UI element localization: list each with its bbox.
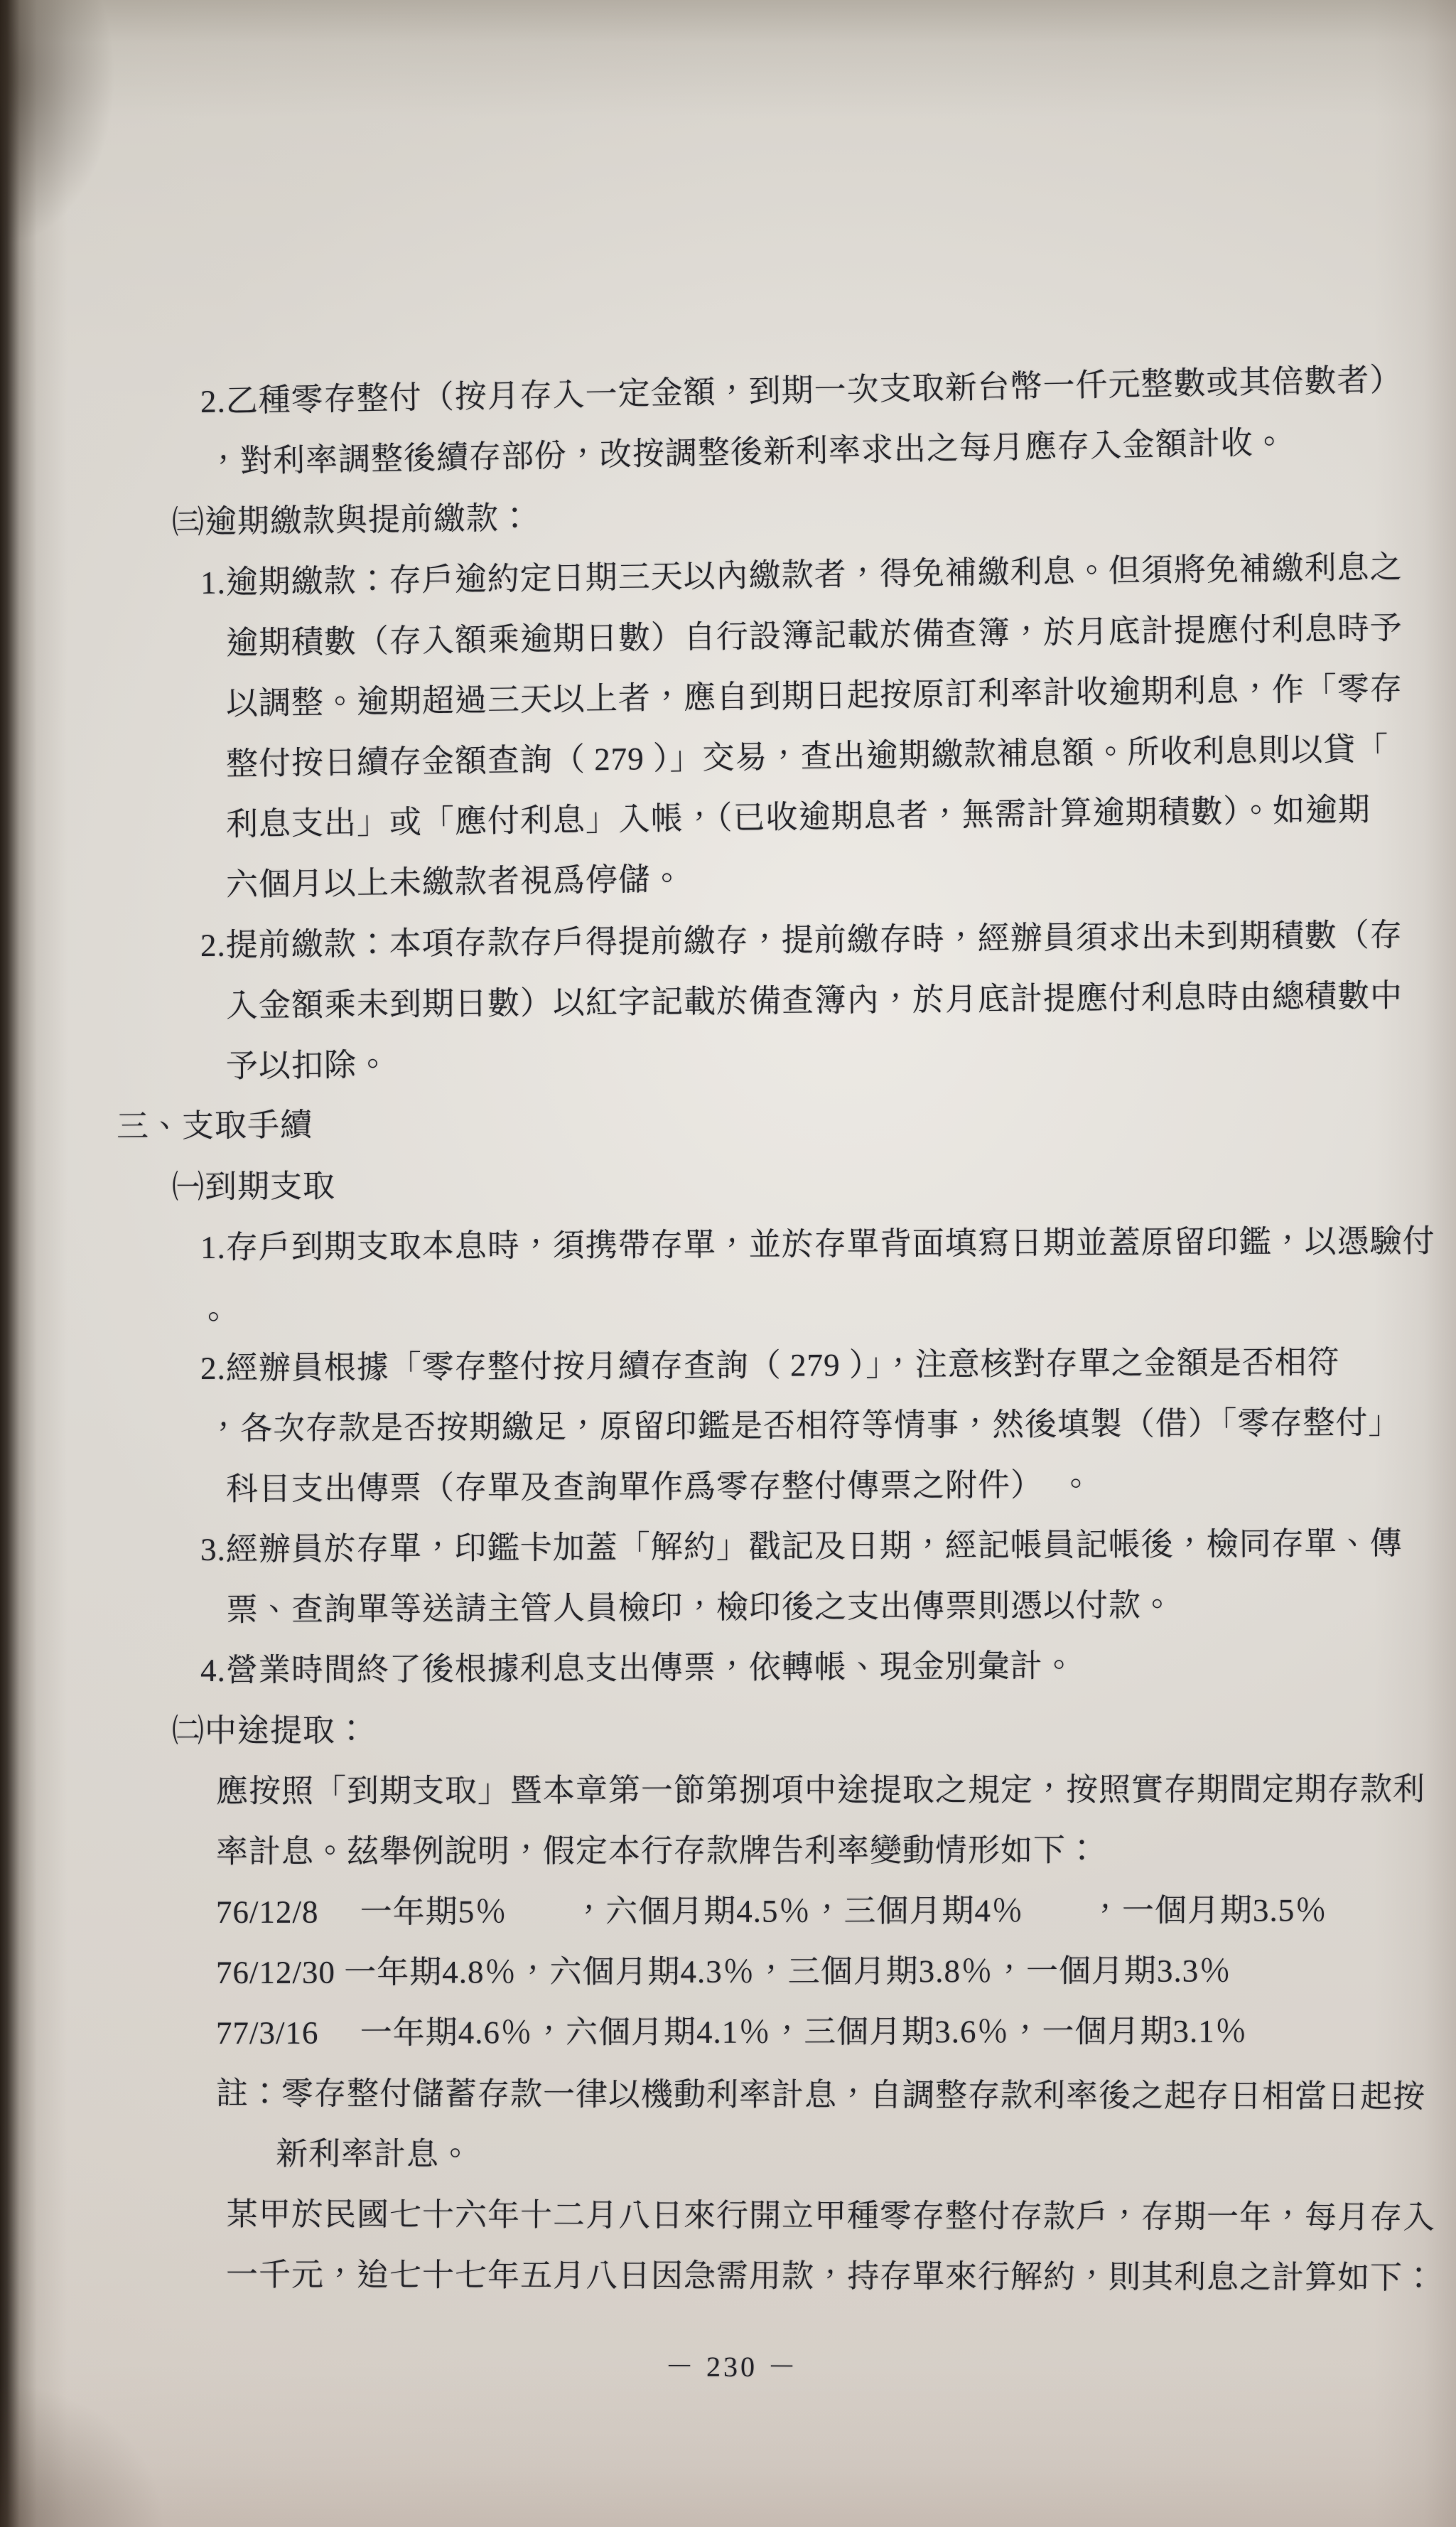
text-line: 某甲於民國七十六年十二月八日來行開立甲種零存整付存款戶，存期一年，每月存入	[226, 2184, 1456, 2248]
text-line: ，各次存款是否按期繳足，原留印鑑是否相符等情事，然後填製（借）「零存整付」	[207, 1393, 1456, 1459]
text-line: 。	[207, 1272, 1456, 1338]
text-line: 2.提前繳款：本項存款存戶得提前繳存，提前繳存時，經辦員須求出未到期積數（存	[200, 905, 1456, 976]
text-line: 1.存戶到期支取本息時，須携帶存單，並於存單背面填寫日期並蓋原留印鑑，以憑驗付	[200, 1211, 1456, 1278]
rate-line: 77/3/16 一年期4.6％，六個月期4.1％，三個月期3.6％，一個月期3.…	[216, 2001, 1456, 2064]
section-heading: 三、支取手續	[117, 1085, 1456, 1157]
text-line: 入金額乘未到期日數）以紅字記載於備查簿內，於月底計提應付利息時由總積數中	[226, 965, 1456, 1036]
text-line: 4.營業時間終了後根據利息支出傳票，依轉帳、現金別彙計。	[200, 1634, 1456, 1701]
text-line: 科目支出傳票（存單及查詢單作爲零存整付傳票之附件） 。	[226, 1453, 1456, 1520]
text-line: 票、查詢單等送請主管人員檢印，檢印後之支出傳票則憑以付款。	[226, 1574, 1456, 1641]
page-body: 2.乙種零存整付（按月存入一定金額，到期一次支取新台幣一仟元整數或其倍數者） ，…	[0, 0, 1456, 2305]
rate-line: 76/12/8 一年期5％ ，六個月期4.5％，三個月期4％ ，一個月期3.5％	[216, 1880, 1456, 1943]
text-line: 一千元，迨七十七年五月八日因急需用款，持存單來行解約，則其利息之計算如下：	[226, 2245, 1456, 2309]
subsection-heading: ㈡中途提取：	[172, 1699, 1456, 1761]
page-number: － 230 －	[625, 2344, 838, 2385]
subsection-heading: ㈠到期支取	[172, 1151, 1456, 1218]
text-line: 應按照「到期支取」暨本章第一節第捌項中途提取之規定，按照實存期間定期存款利	[216, 1759, 1456, 1822]
scanned-document-photo: 2.乙種零存整付（按月存入一定金額，到期一次支取新台幣一仟元整數或其倍數者） ，…	[0, 0, 1456, 2527]
text-line: 3.經辦員於存單，印鑑卡加蓋「解約」戳記及日期，經記帳員記帳後，檢同存單、傳	[200, 1513, 1456, 1580]
note-line: 新利率計息。	[276, 2124, 1456, 2187]
text-line: 2.經辦員根據「零存整付按月續存查詢（ 279 ）」，注意核對存單之金額是否相符	[200, 1332, 1456, 1399]
rate-line: 76/12/30 一年期4.8％，六個月期4.3％，三個月期3.8％，一個月期3…	[216, 1941, 1456, 2003]
note-line: 註：零存整付儲蓄存款一律以機動利率計息，自調整存款利率後之起存日相當日起按	[216, 2064, 1456, 2128]
text-line: 率計息。茲舉例說明，假定本行存款牌告利率變動情形如下：	[216, 1820, 1456, 1882]
